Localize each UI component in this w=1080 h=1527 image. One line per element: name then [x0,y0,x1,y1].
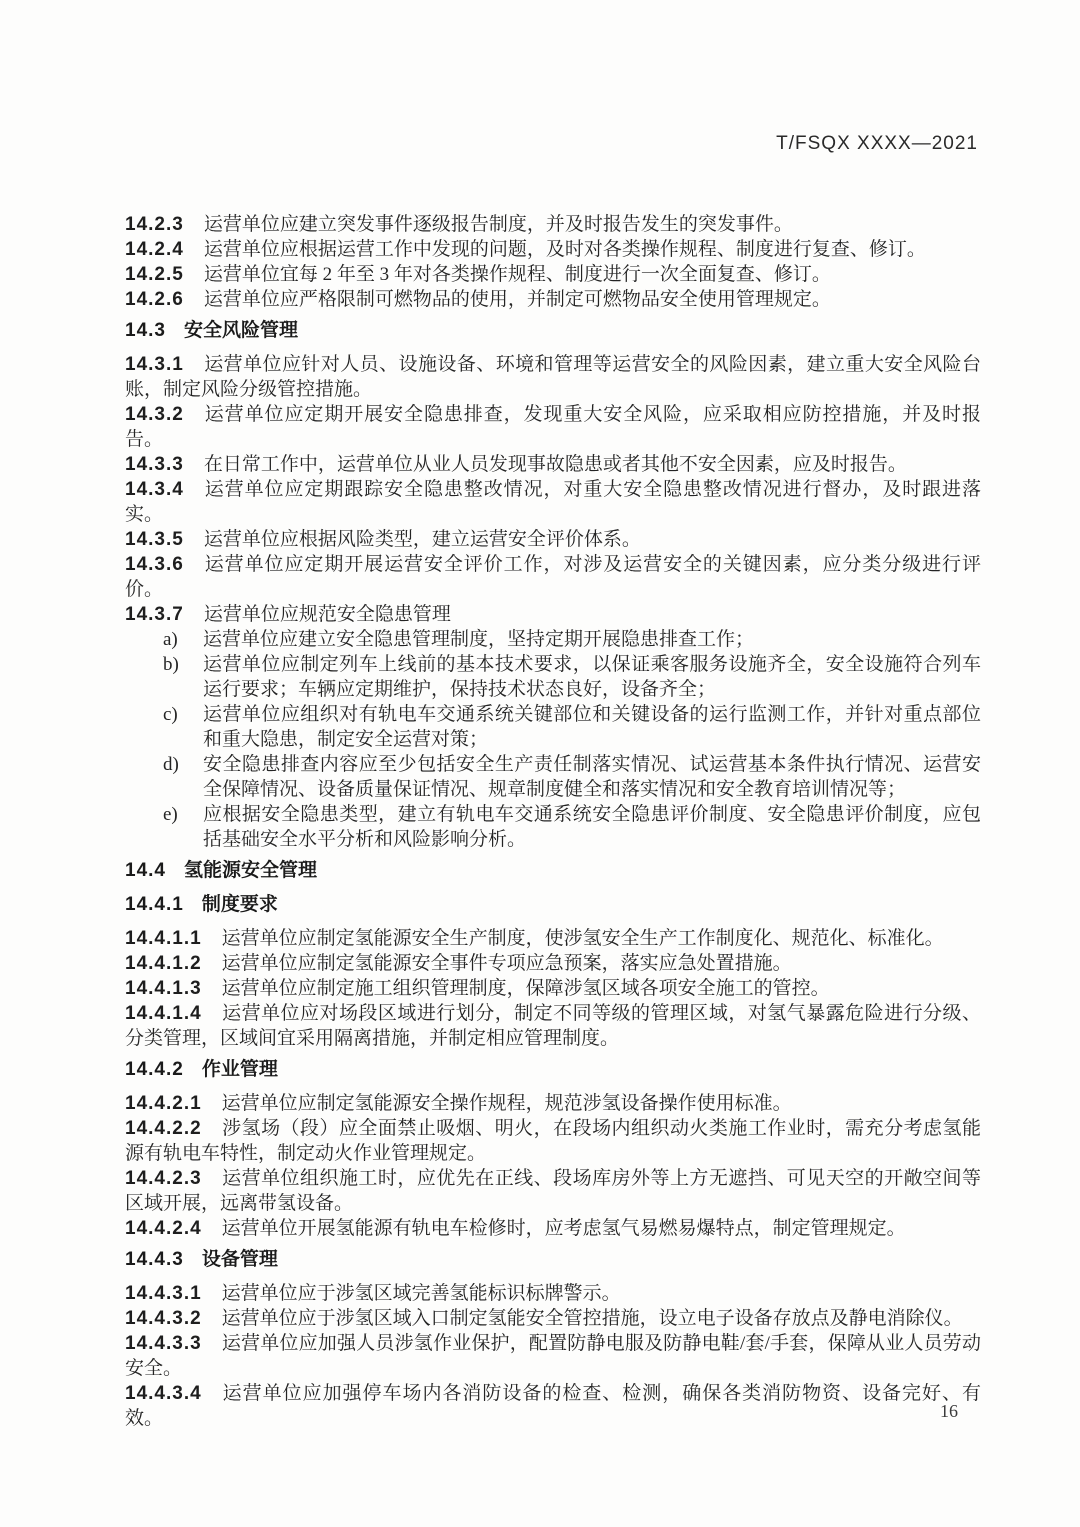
list-item-letter: d) [163,752,203,802]
clause-number: 14.3.6 [125,554,184,575]
clause: 14.3.2运营单位应定期开展安全隐患排查，发现重大安全风险，应采取相应防控措施… [125,402,981,452]
list-item-letter: a) [163,627,203,652]
clause: 14.3.6运营单位应定期开展运营安全评价工作，对涉及运营安全的关键因素，应分类… [125,552,981,602]
clause-text: 在日常工作中，运营单位从业人员发现事故隐患或者其他不安全因素，应及时报告。 [204,454,907,475]
clause-number: 14.4.2.1 [125,1093,202,1114]
clause-text: 运营单位应加强停车场内各消防设备的检查、检测，确保各类消防物资、设备完好、有效。 [125,1383,981,1429]
clause-number: 14.4.1.1 [125,928,202,949]
clause-number: 14.4.1.2 [125,953,202,974]
clause-number: 14.4.3.2 [125,1308,202,1329]
clause-text: 运营单位应定期开展安全隐患排查，发现重大安全风险，应采取相应防控措施，并及时报告… [125,404,981,450]
clause-number: 14.4.2.4 [125,1218,202,1239]
clause-number: 14.3.3 [125,454,184,475]
list-item-text: 运营单位应建立安全隐患管理制度，坚持定期开展隐患排查工作； [203,627,981,652]
list-item: b)运营单位应制定列车上线前的基本技术要求，以保证乘客服务设施齐全，安全设施符合… [163,652,981,702]
clause-text: 运营单位应对场段区域进行划分，制定不同等级的管理区域，对氢气暴露危险进行分级、分… [125,1003,981,1049]
clause-number: 14.4.2.3 [125,1168,202,1189]
standard-code: T/FSQX XXXX—2021 [776,133,978,154]
heading-text: 作业管理 [202,1059,278,1080]
clause: 14.4.3.1运营单位应于涉氢区域完善氢能标识标牌警示。 [125,1281,981,1306]
clause: 14.2.4运营单位应根据运营工作中发现的问题，及时对各类操作规程、制度进行复查… [125,237,981,262]
clause-text: 运营单位应建立突发事件逐级报告制度，并及时报告发生的突发事件。 [204,214,793,235]
list-item: c)运营单位应组织对有轨电车交通系统关键部位和关键设备的运行监测工作，并针对重点… [163,702,981,752]
clause-number: 14.4.1.4 [125,1003,202,1024]
clause-number: 14.4.3.3 [125,1333,202,1354]
heading-number: 14.4.1 [125,894,184,915]
clause: 14.4.3.4运营单位应加强停车场内各消防设备的检查、检测，确保各类消防物资、… [125,1381,981,1431]
heading-number: 14.4.2 [125,1059,184,1080]
heading-text: 氢能源安全管理 [184,860,317,881]
clause: 14.2.5运营单位宜每 2 年至 3 年对各类操作规程、制度进行一次全面复查、… [125,262,981,287]
clause-text: 运营单位应根据运营工作中发现的问题，及时对各类操作规程、制度进行复查、修订。 [204,239,926,260]
clause: 14.2.3运营单位应建立突发事件逐级报告制度，并及时报告发生的突发事件。 [125,212,981,237]
clause: 14.2.6运营单位应严格限制可燃物品的使用，并制定可燃物品安全使用管理规定。 [125,287,981,312]
clause-number: 14.4.2.2 [125,1118,202,1139]
clause: 14.3.1运营单位应针对人员、设施设备、环境和管理等运营安全的风险因素，建立重… [125,352,981,402]
clause: 14.4.3.2运营单位应于涉氢区域入口制定氢能安全管控措施，设立电子设备存放点… [125,1306,981,1331]
list-item-letter: e) [163,802,203,852]
clause-text: 运营单位应制定氢能源安全生产制度，使涉氢安全生产工作制度化、规范化、标准化。 [222,928,944,949]
list-item-letter: b) [163,652,203,702]
clause: 14.4.2.4运营单位开展氢能源有轨电车检修时，应考虑氢气易燃易爆特点，制定管… [125,1216,981,1241]
clause-text: 运营单位应于涉氢区域入口制定氢能安全管控措施，设立电子设备存放点及静电消除仪。 [222,1308,963,1329]
clause-text: 运营单位应根据风险类型，建立运营安全评价体系。 [204,529,641,550]
clause-number: 14.3.4 [125,479,184,500]
clause-number: 14.2.4 [125,239,184,260]
clause: 14.4.2.2涉氢场（段）应全面禁止吸烟、明火，在段场内组织动火类施工作业时，… [125,1116,981,1166]
clause-number: 14.4.1.3 [125,978,202,999]
clause-number: 14.2.6 [125,289,184,310]
section-heading: 14.4.3设备管理 [125,1247,981,1272]
clause-number: 14.2.5 [125,264,184,285]
list-item-text: 安全隐患排查内容应至少包括安全生产责任制落实情况、试运营基本条件执行情况、运营安… [203,752,981,802]
clause: 14.3.4运营单位应定期跟踪安全隐患整改情况，对重大安全隐患整改情况进行督办，… [125,477,981,527]
heading-text: 安全风险管理 [184,320,298,341]
clause: 14.3.7运营单位应规范安全隐患管理 [125,602,981,627]
clause: 14.4.1.4运营单位应对场段区域进行划分，制定不同等级的管理区域，对氢气暴露… [125,1001,981,1051]
clause-text: 运营单位应加强人员涉氢作业保护，配置防静电服及防静电鞋/套/手套，保障从业人员劳… [125,1333,981,1379]
heading-text: 制度要求 [202,894,278,915]
section-heading: 14.4.1制度要求 [125,892,981,917]
clause: 14.4.2.3运营单位组织施工时，应优先在正线、段场库房外等上方无遮挡、可见天… [125,1166,981,1216]
heading-text: 设备管理 [202,1249,278,1270]
clause-number: 14.3.7 [125,604,184,625]
clause-text: 运营单位应制定施工组织管理制度，保障涉氢区域各项安全施工的管控。 [222,978,830,999]
list-item-letter: c) [163,702,203,752]
section-heading: 14.4.2作业管理 [125,1057,981,1082]
clause-text: 运营单位应制定氢能源安全操作规程，规范涉氢设备操作使用标准。 [222,1093,792,1114]
clause-number: 14.3.2 [125,404,184,425]
list-item: d)安全隐患排查内容应至少包括安全生产责任制落实情况、试运营基本条件执行情况、运… [163,752,981,802]
clause-text: 运营单位应制定氢能源安全事件专项应急预案，落实应急处置措施。 [222,953,792,974]
list-item: a)运营单位应建立安全隐患管理制度，坚持定期开展隐患排查工作； [163,627,981,652]
clause-text: 运营单位开展氢能源有轨电车检修时，应考虑氢气易燃易爆特点，制定管理规定。 [222,1218,906,1239]
clause-text: 运营单位宜每 2 年至 3 年对各类操作规程、制度进行一次全面复查、修订。 [204,264,831,285]
clause: 14.4.1.2运营单位应制定氢能源安全事件专项应急预案，落实应急处置措施。 [125,951,981,976]
page-number: 16 [940,1401,958,1422]
heading-number: 14.3 [125,320,166,341]
clause: 14.4.2.1运营单位应制定氢能源安全操作规程，规范涉氢设备操作使用标准。 [125,1091,981,1116]
clause-number: 14.3.5 [125,529,184,550]
heading-number: 14.4 [125,860,166,881]
clause: 14.4.1.1运营单位应制定氢能源安全生产制度，使涉氢安全生产工作制度化、规范… [125,926,981,951]
section-heading: 14.4氢能源安全管理 [125,858,981,883]
clause-text: 涉氢场（段）应全面禁止吸烟、明火，在段场内组织动火类施工作业时，需充分考虑氢能源… [125,1118,981,1164]
clause-number: 14.4.3.1 [125,1283,202,1304]
clause-text: 运营单位组织施工时，应优先在正线、段场库房外等上方无遮挡、可见天空的开敞空间等区… [125,1168,981,1214]
clause-text: 运营单位应针对人员、设施设备、环境和管理等运营安全的风险因素，建立重大安全风险台… [125,354,981,400]
document-page: T/FSQX XXXX—2021 14.2.3运营单位应建立突发事件逐级报告制度… [0,0,1080,1527]
clause-text: 运营单位应严格限制可燃物品的使用，并制定可燃物品安全使用管理规定。 [204,289,831,310]
heading-number: 14.4.3 [125,1249,184,1270]
clause-number: 14.2.3 [125,214,184,235]
clause-text: 运营单位应定期跟踪安全隐患整改情况，对重大安全隐患整改情况进行督办，及时跟进落实… [125,479,981,525]
clause: 14.3.5运营单位应根据风险类型，建立运营安全评价体系。 [125,527,981,552]
clause: 14.4.3.3运营单位应加强人员涉氢作业保护，配置防静电服及防静电鞋/套/手套… [125,1331,981,1381]
clause-text: 运营单位应于涉氢区域完善氢能标识标牌警示。 [222,1283,621,1304]
clause-number: 14.4.3.4 [125,1383,202,1404]
list-item-text: 运营单位应组织对有轨电车交通系统关键部位和关键设备的运行监测工作，并针对重点部位… [203,702,981,752]
document-body: 14.2.3运营单位应建立突发事件逐级报告制度，并及时报告发生的突发事件。14.… [125,212,981,1431]
list-item-text: 应根据安全隐患类型，建立有轨电车交通系统安全隐患评价制度、安全隐患评价制度，应包… [203,802,981,852]
page-header: T/FSQX XXXX—2021 [776,133,978,155]
list-item: e)应根据安全隐患类型，建立有轨电车交通系统安全隐患评价制度、安全隐患评价制度，… [163,802,981,852]
clause-text: 运营单位应规范安全隐患管理 [204,604,451,625]
section-heading: 14.3安全风险管理 [125,318,981,343]
clause-text: 运营单位应定期开展运营安全评价工作，对涉及运营安全的关键因素，应分类分级进行评价… [125,554,981,600]
list-item-text: 运营单位应制定列车上线前的基本技术要求，以保证乘客服务设施齐全，安全设施符合列车… [203,652,981,702]
clause: 14.3.3在日常工作中，运营单位从业人员发现事故隐患或者其他不安全因素，应及时… [125,452,981,477]
clause-number: 14.3.1 [125,354,184,375]
clause: 14.4.1.3运营单位应制定施工组织管理制度，保障涉氢区域各项安全施工的管控。 [125,976,981,1001]
